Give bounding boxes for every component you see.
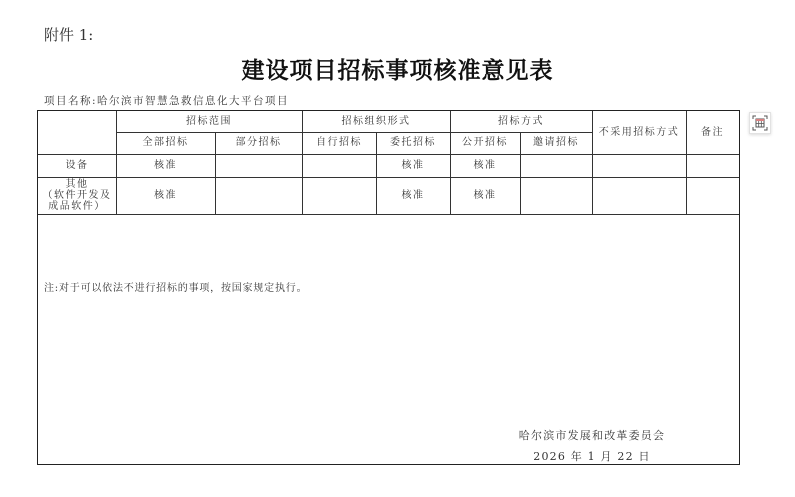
header-no-bid: 不采用招标方式: [592, 111, 686, 154]
subheader-open: 公开招标: [450, 132, 520, 154]
header-method: 招标方式: [450, 111, 592, 132]
header-scope: 招标范围: [116, 111, 302, 132]
subheader-partial: 部分招标: [215, 132, 302, 154]
header-remark: 备注: [686, 111, 739, 154]
subheader-entrusted: 委托招标: [376, 132, 450, 154]
note-text: 注:对于可以依法不进行招标的事项，按国家规定执行。: [44, 279, 307, 294]
subheader-invited: 邀请招标: [520, 132, 592, 154]
row-label-equipment: 设备: [38, 154, 116, 177]
page-title: 建设项目招标事项核准意见表: [0, 52, 795, 85]
table-recognition-button[interactable]: [749, 112, 771, 134]
table-scan-icon: [752, 115, 768, 131]
cell-approved: 核准: [376, 177, 450, 214]
header-org-form: 招标组织形式: [302, 111, 450, 132]
cell-approved: 核准: [116, 177, 215, 214]
divider: [38, 214, 739, 215]
cell-approved: 核准: [450, 177, 520, 214]
subheader-full: 全部招标: [116, 132, 215, 154]
subheader-self: 自行招标: [302, 132, 376, 154]
approval-table: 招标范围 招标组织形式 招标方式 不采用招标方式 备注 全部招标 部分招标 自行…: [37, 110, 740, 465]
cell-approved: 核准: [116, 154, 215, 177]
cell-approved: 核准: [450, 154, 520, 177]
attachment-label: 附件 1:: [44, 24, 93, 45]
cell-approved: 核准: [376, 154, 450, 177]
signature-org: 哈尔滨市发展和改革委员会: [492, 427, 692, 443]
row-label-other: 其他 （软件开发及 成品软件）: [38, 177, 116, 214]
project-name: 项目名称:哈尔滨市智慧急救信息化大平台项目: [44, 93, 289, 108]
signature-date: 2026 年 1 月 22 日: [492, 448, 692, 464]
